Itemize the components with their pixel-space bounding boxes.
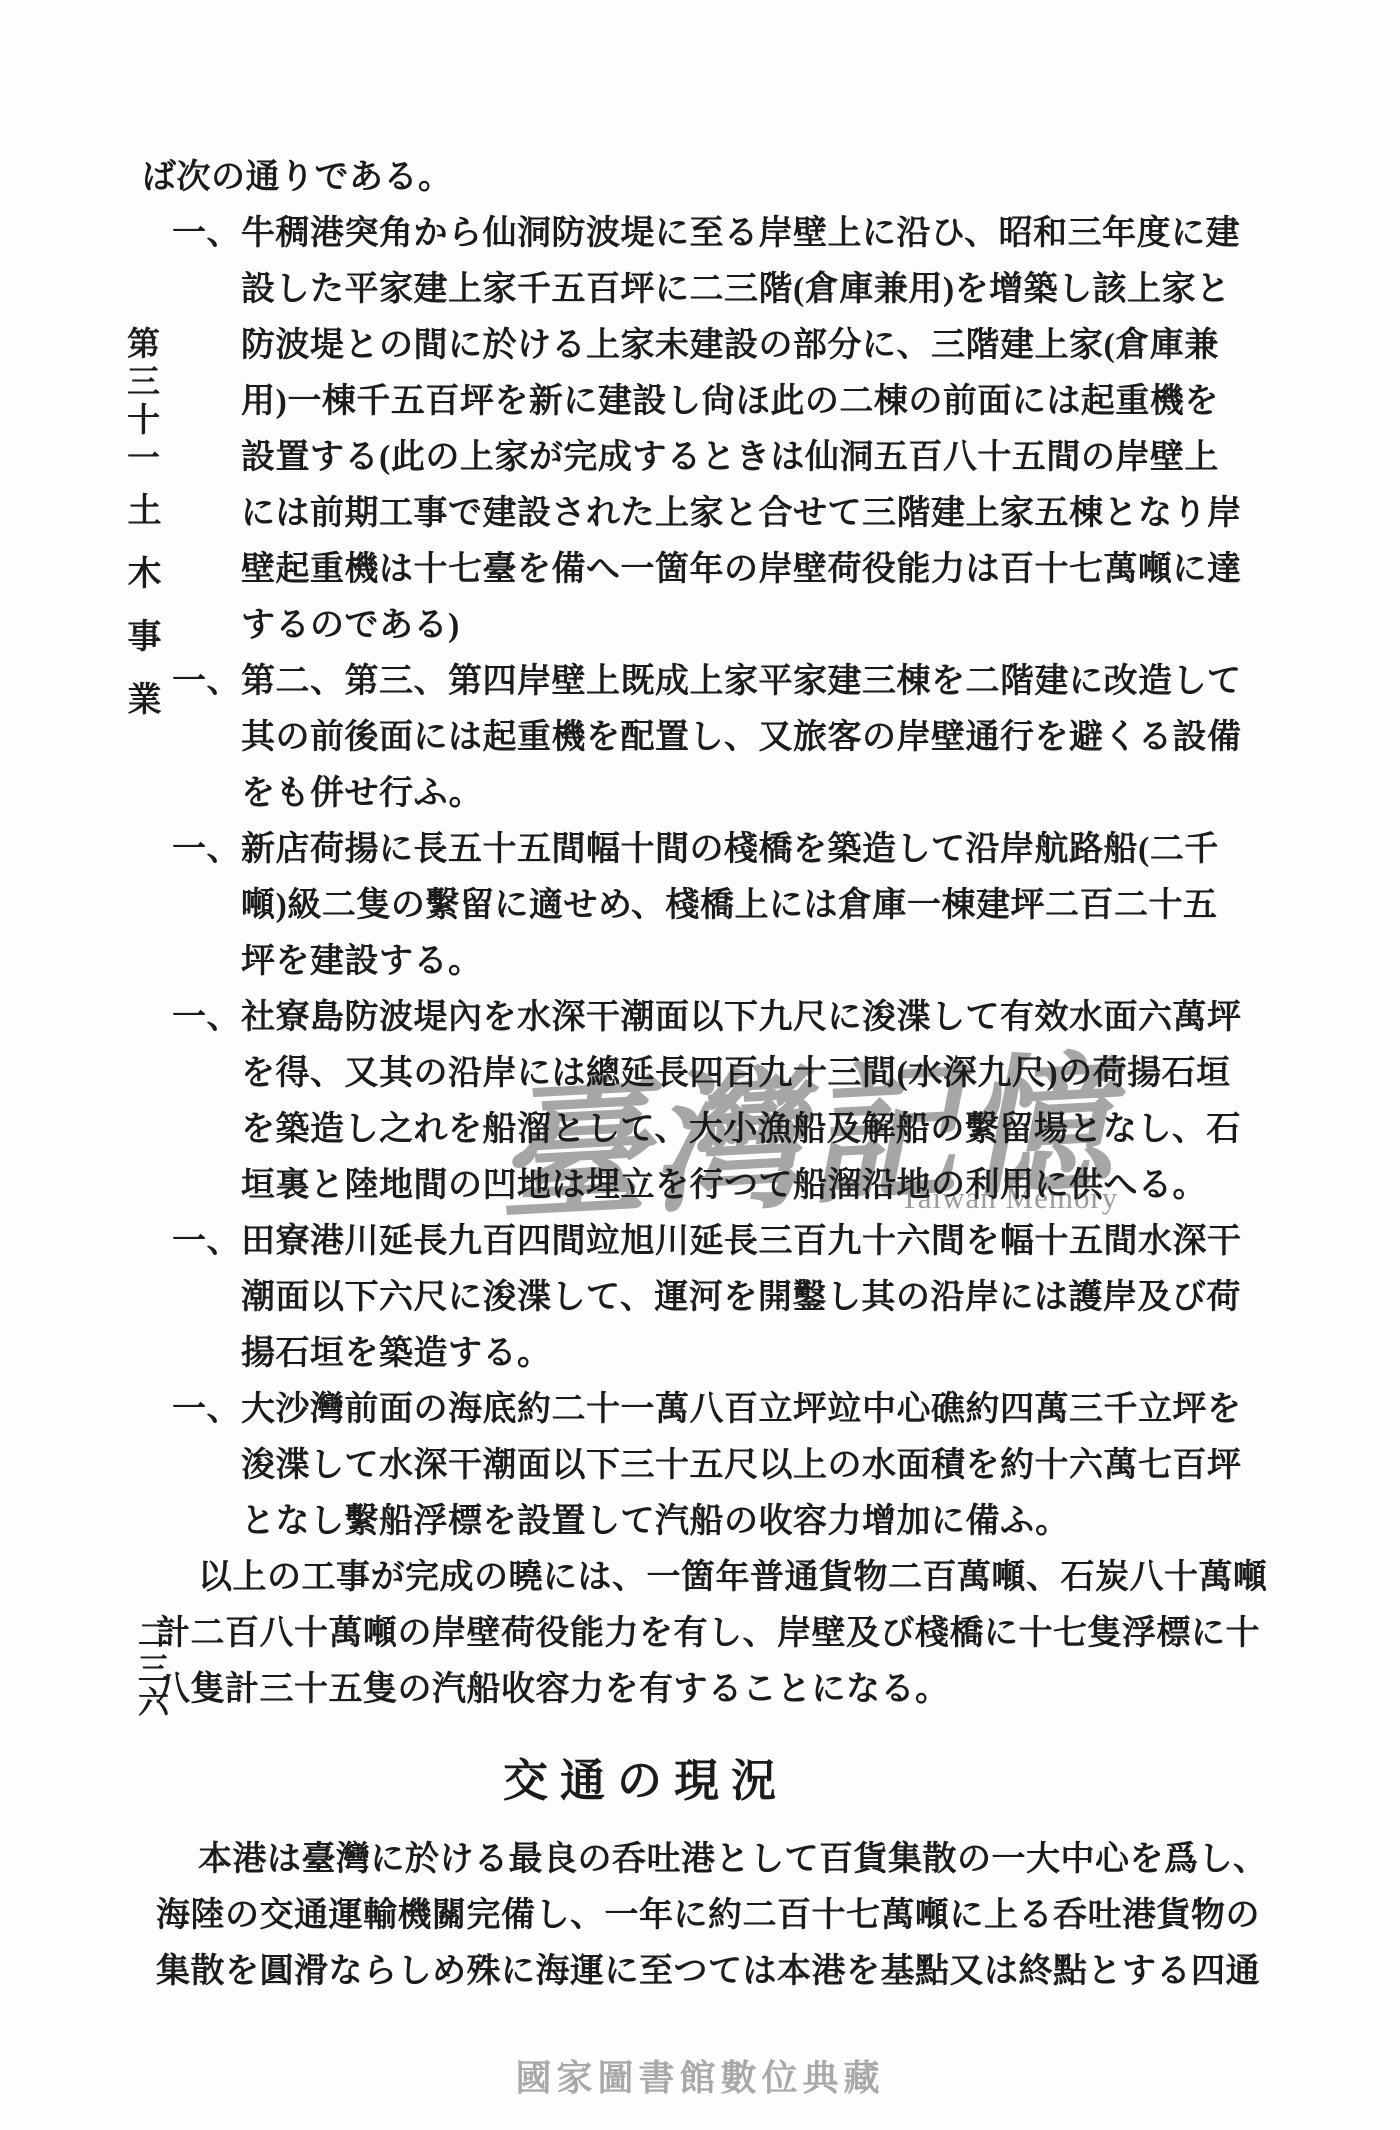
text-line: を得、又其の沿岸には總延長四百九十三間(水深九尺)の荷揚石垣 — [0, 1046, 1400, 1102]
text-line: 計二百八十萬噸の岸壁荷役能力を有し、岸壁及び棧橋に十七隻浮標に十 — [0, 1606, 1400, 1662]
text-line: 一、大沙灣前面の海底約二十一萬八百立坪竝中心礁約四萬三千立坪を — [0, 1382, 1400, 1438]
line-text: 牛稠港突角から仙洞防波堤に至る岸壁上に沿ひ、昭和三年度に建 — [241, 215, 1240, 252]
line-text: 大沙灣前面の海底約二十一萬八百立坪竝中心礁約四萬三千立坪を — [241, 1391, 1242, 1428]
line-text: 田寮港川延長九百四間竝旭川延長三百九十六間を幅十五間水深干 — [241, 1223, 1242, 1260]
text-line: 八隻計三十五隻の汽船收容力を有することになる。 — [0, 1662, 1400, 1718]
line-text: 浚渫して水深干潮面以下三十五尺以上の水面積を約十六萬七百坪 — [241, 1447, 1242, 1484]
line-text: となし繫船浮標を設置して汽船の收容力增加に備ふ。 — [241, 1503, 1070, 1540]
text-line: ば次の通りである。 — [0, 150, 1400, 206]
list-marker: 一、 — [172, 999, 241, 1036]
list-marker: 一、 — [172, 663, 241, 700]
text-line: 浚渫して水深干潮面以下三十五尺以上の水面積を約十六萬七百坪 — [0, 1438, 1400, 1494]
line-text: 坪を建設する。 — [241, 943, 483, 980]
line-text: 揚石垣を築造する。 — [241, 1335, 552, 1372]
line-text: をも併せ行ふ。 — [241, 775, 483, 812]
text-line: 垣裏と陸地間の凹地は埋立を行つて船溜沿地の利用に供へる。 — [0, 1158, 1400, 1214]
line-text: ば次の通りである。 — [142, 159, 453, 196]
text-line: 坪を建設する。 — [0, 934, 1400, 990]
line-text: するのである) — [241, 607, 460, 644]
bottom-paragraph: 本港は臺灣に於ける最良の呑吐港として百貨集散の一大中心を爲し、 海陸の交通運輸機… — [0, 1832, 1400, 2000]
line-text: 用)一棟千五百坪を新に建設し尙ほ此の二棟の前面には起重機を — [241, 383, 1219, 420]
text-line: 集散を圓滑ならしめ殊に海運に至つては本港を基點又は終點とする四通 — [0, 1944, 1400, 2000]
line-text: 第二、第三、第四岸壁上既成上家平家建三棟を二階建に改造して — [241, 663, 1242, 700]
text-line: 其の前後面には起重機を配置し、又旅客の岸壁通行を避くる設備 — [0, 710, 1400, 766]
library-credit-footer: 國家圖書館數位典藏 — [0, 2050, 1400, 2101]
scanned-book-page: 第三十一 土木事業 二三六 臺灣記憶 Taiwan Memory ば次の通りであ… — [0, 0, 1400, 2130]
text-line: 一、第二、第三、第四岸壁上既成上家平家建三棟を二階建に改造して — [0, 654, 1400, 710]
text-line: をも併せ行ふ。 — [0, 766, 1400, 822]
line-text: 潮面以下六尺に浚渫して、運河を開鑿し其の沿岸には護岸及び荷 — [241, 1279, 1241, 1316]
text-line: 設した平家建上家千五百坪に二三階(倉庫兼用)を增築し該上家と — [0, 262, 1400, 318]
line-text: 設置する(此の上家が完成するときは仙洞五百八十五間の岸壁上 — [241, 439, 1219, 476]
line-text: 計二百八十萬噸の岸壁荷役能力を有し、岸壁及び棧橋に十七隻浮標に十 — [156, 1615, 1260, 1652]
section-heading: 交通の現況 — [503, 1744, 788, 1809]
text-line: 用)一棟千五百坪を新に建設し尙ほ此の二棟の前面には起重機を — [0, 374, 1400, 430]
text-line: 潮面以下六尺に浚渫して、運河を開鑿し其の沿岸には護岸及び荷 — [0, 1270, 1400, 1326]
text-line: 防波堤との間に於ける上家未建設の部分に、三階建上家(倉庫兼 — [0, 318, 1400, 374]
text-line: 揚石垣を築造する。 — [0, 1326, 1400, 1382]
list-marker: 一、 — [172, 1391, 241, 1428]
line-text: を得、又其の沿岸には總延長四百九十三間(水深九尺)の荷揚石垣 — [241, 1055, 1231, 1092]
text-line: 海陸の交通運輸機關完備し、一年に約二百十七萬噸に上る呑吐港貨物の — [0, 1888, 1400, 1944]
text-line: するのである) — [0, 598, 1400, 654]
line-text: 以上の工事が完成の曉には、一箇年普通貨物二百萬噸、石炭八十萬噸 — [198, 1559, 1268, 1596]
line-text: 噸)級二隻の繫留に適せめ、棧橋上には倉庫一棟建坪二百二十五 — [241, 887, 1217, 924]
line-text: 社寮島防波堤內を水深干潮面以下九尺に浚渫して有效水面六萬坪 — [241, 999, 1242, 1036]
text-line: を築造し之れを船溜として、大小漁船及解船の繫留場となし、石 — [0, 1102, 1400, 1158]
list-marker: 一、 — [172, 831, 241, 868]
text-line: となし繫船浮標を設置して汽船の收容力增加に備ふ。 — [0, 1494, 1400, 1550]
text-line: 一、田寮港川延長九百四間竝旭川延長三百九十六間を幅十五間水深干 — [0, 1214, 1400, 1270]
line-text: 八隻計三十五隻の汽船收容力を有することになる。 — [156, 1671, 950, 1708]
line-text: 海陸の交通運輸機關完備し、一年に約二百十七萬噸に上る呑吐港貨物の — [156, 1897, 1260, 1934]
list-marker: 一、 — [172, 215, 241, 252]
text-line: 壁起重機は十七臺を備へ一箇年の岸壁荷役能力は百十七萬噸に達 — [0, 542, 1400, 598]
text-line: 以上の工事が完成の曉には、一箇年普通貨物二百萬噸、石炭八十萬噸 — [0, 1550, 1400, 1606]
line-text: を築造し之れを船溜として、大小漁船及解船の繫留場となし、石 — [241, 1111, 1241, 1148]
line-text: 防波堤との間に於ける上家未建設の部分に、三階建上家(倉庫兼 — [241, 327, 1219, 364]
line-text: 本港は臺灣に於ける最良の呑吐港として百貨集散の一大中心を爲し、 — [198, 1841, 1268, 1878]
text-line: 本港は臺灣に於ける最良の呑吐港として百貨集散の一大中心を爲し、 — [0, 1832, 1400, 1888]
main-text-block: ば次の通りである。 一、牛稠港突角から仙洞防波堤に至る岸壁上に沿ひ、昭和三年度に… — [0, 150, 1400, 1718]
line-text: 壁起重機は十七臺を備へ一箇年の岸壁荷役能力は百十七萬噸に達 — [241, 551, 1242, 588]
list-marker: 一、 — [172, 1223, 241, 1260]
line-text: 新店荷揚に長五十五間幅十間の棧橋を築造して沿岸航路船(二千 — [241, 831, 1219, 868]
line-text: には前期工事で建設された上家と合せて三階建上家五棟となり岸 — [241, 495, 1242, 532]
line-text: 垣裏と陸地間の凹地は埋立を行つて船溜沿地の利用に供へる。 — [241, 1167, 1207, 1204]
text-line: 一、社寮島防波堤內を水深干潮面以下九尺に浚渫して有效水面六萬坪 — [0, 990, 1400, 1046]
text-line: 一、牛稠港突角から仙洞防波堤に至る岸壁上に沿ひ、昭和三年度に建 — [0, 206, 1400, 262]
line-text: 集散を圓滑ならしめ殊に海運に至つては本港を基點又は終點とする四通 — [156, 1953, 1260, 1990]
text-line: 一、新店荷揚に長五十五間幅十間の棧橋を築造して沿岸航路船(二千 — [0, 822, 1400, 878]
text-line: 設置する(此の上家が完成するときは仙洞五百八十五間の岸壁上 — [0, 430, 1400, 486]
line-text: 其の前後面には起重機を配置し、又旅客の岸壁通行を避くる設備 — [241, 719, 1242, 756]
text-line: 噸)級二隻の繫留に適せめ、棧橋上には倉庫一棟建坪二百二十五 — [0, 878, 1400, 934]
line-text: 設した平家建上家千五百坪に二三階(倉庫兼用)を增築し該上家と — [241, 271, 1231, 308]
text-line: には前期工事で建設された上家と合せて三階建上家五棟となり岸 — [0, 486, 1400, 542]
